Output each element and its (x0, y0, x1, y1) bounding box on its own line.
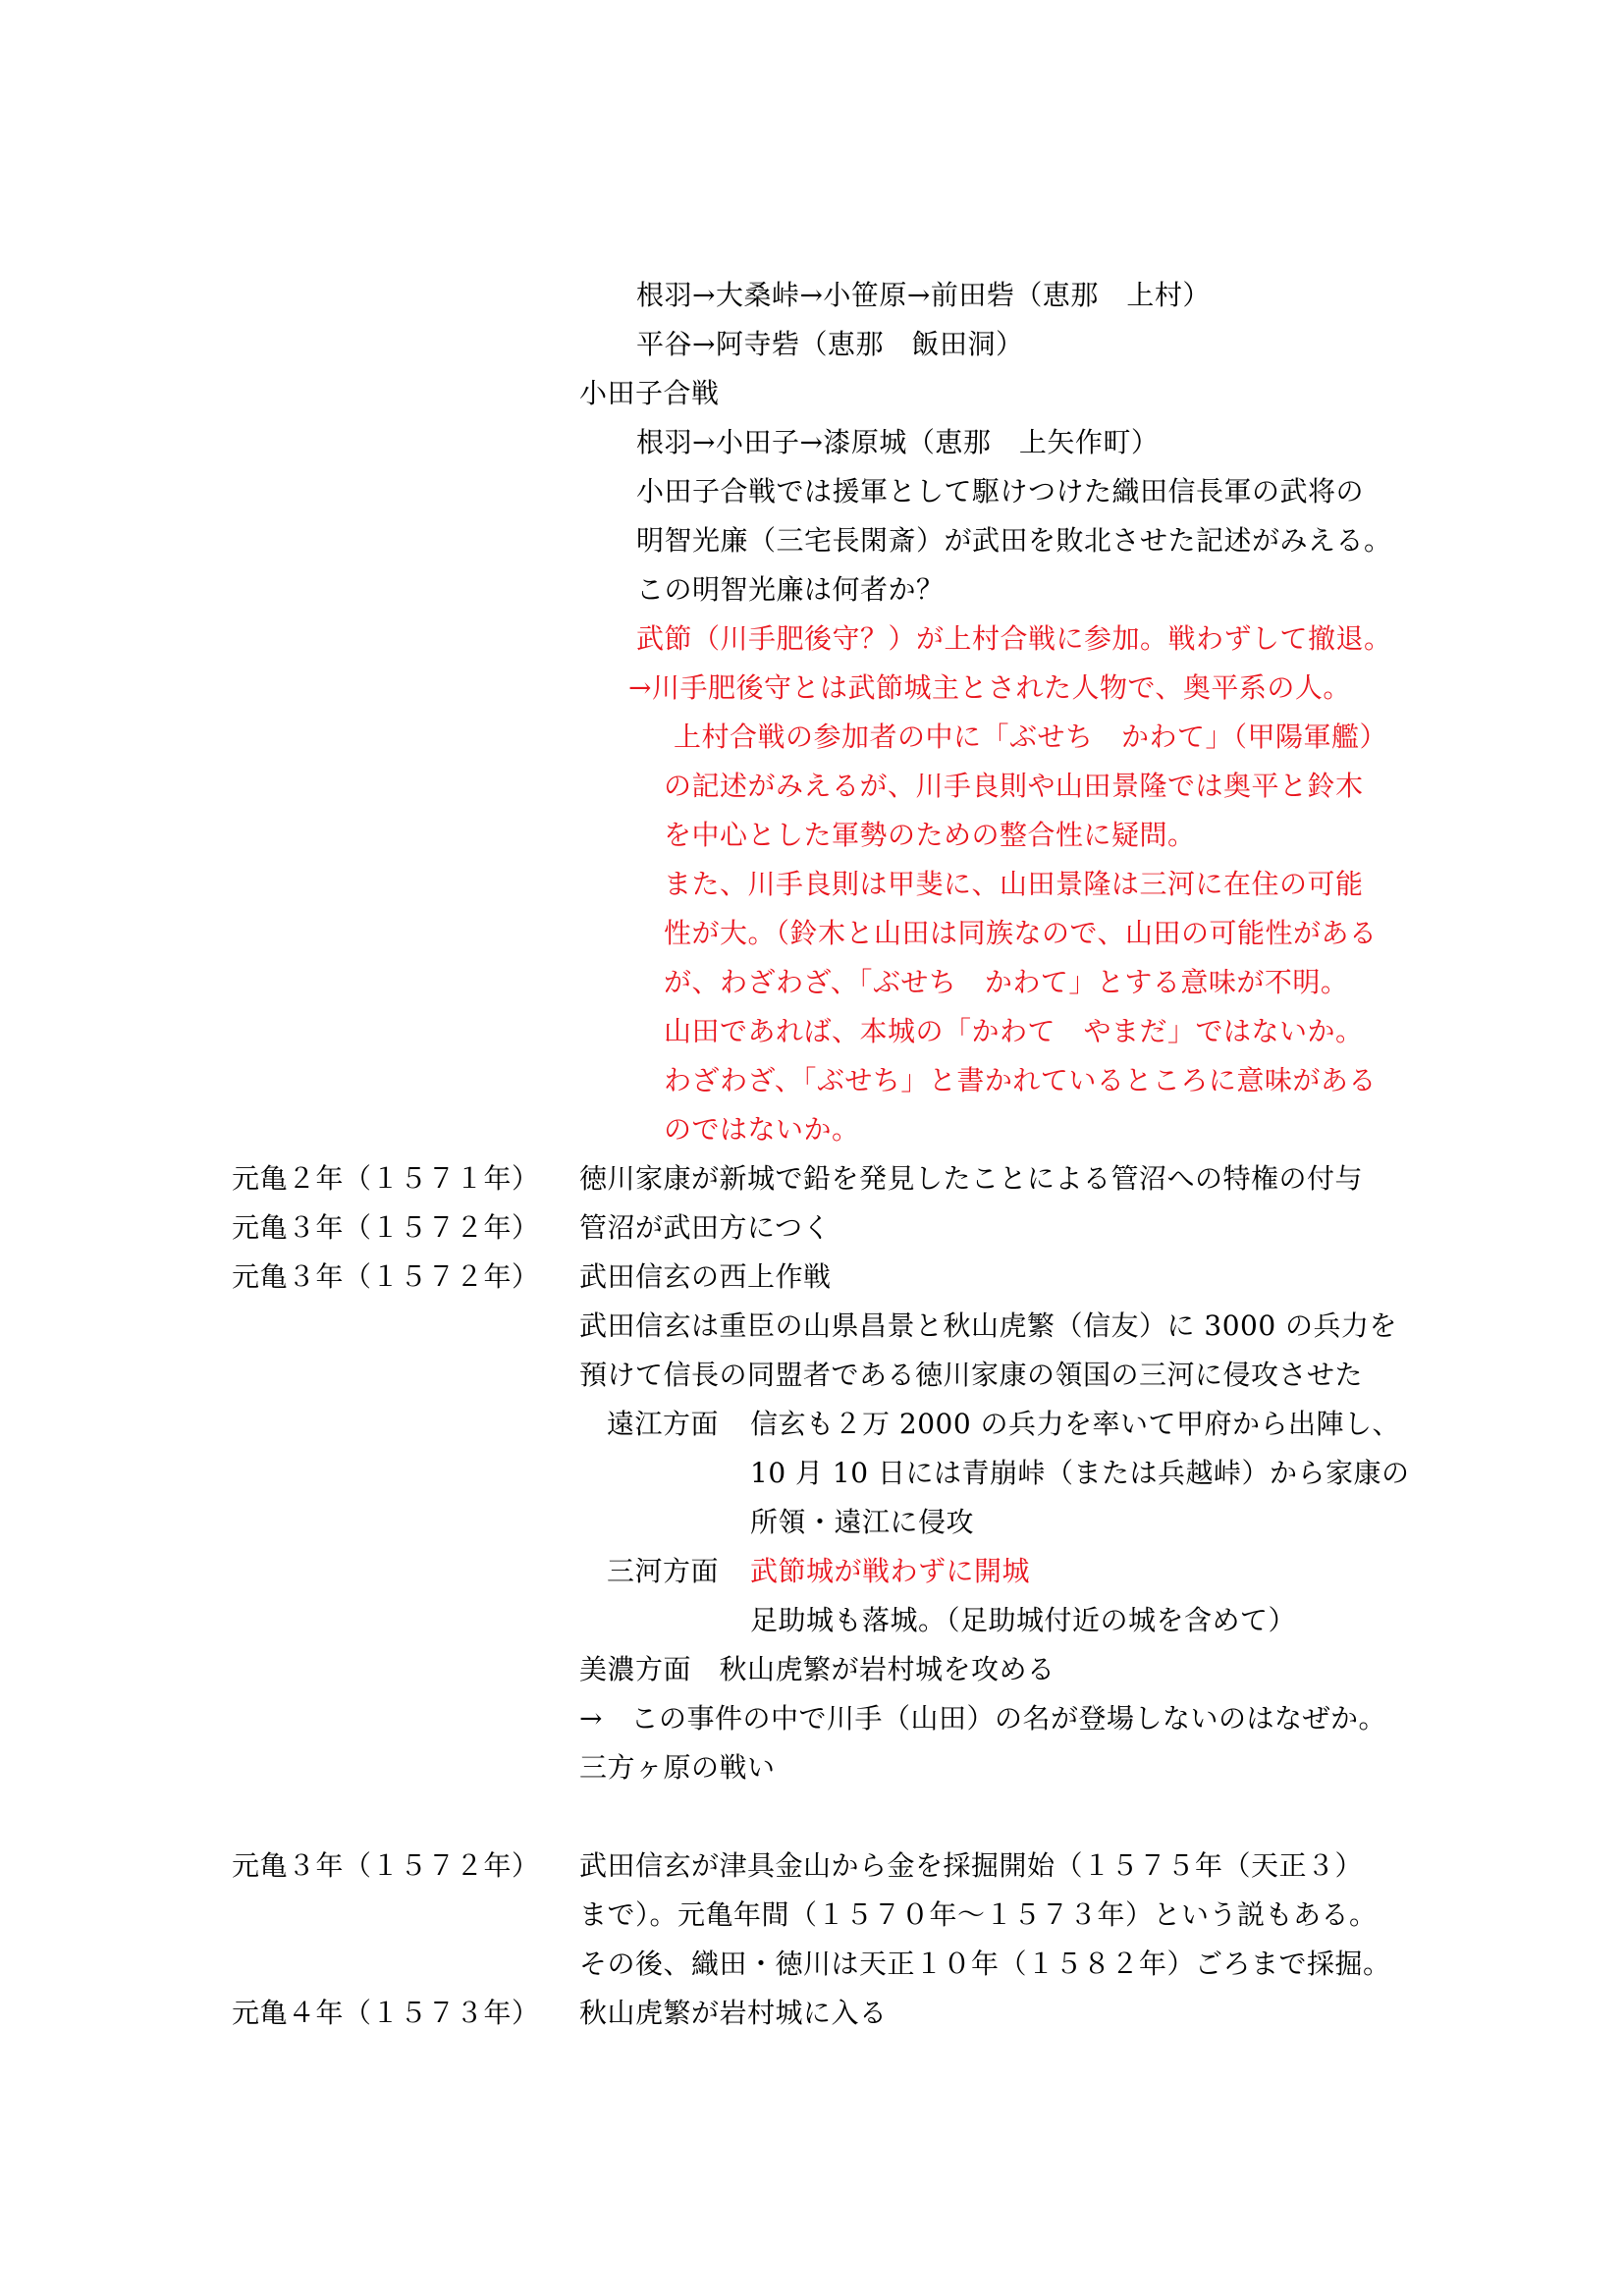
highlight-note: のではないか。 (664, 1113, 860, 1147)
entry-date: 元亀３年（１５７２年） (232, 1211, 540, 1245)
front-label: 三河方面 (607, 1555, 719, 1588)
campaign-text: 10 月 10 日には青崩峠（または兵越峠）から家康の (750, 1457, 1409, 1490)
campaign-text: 所領・遠江に侵攻 (750, 1506, 974, 1539)
highlight-note: 性が大。（鈴木と山田は同族なので、山田の可能性がある (664, 917, 1377, 950)
entry-date: 元亀２年（１５７１年） (232, 1162, 540, 1196)
entry-date: 元亀３年（１５７２年） (232, 1849, 540, 1883)
note-text: この明智光廉は何者か？ (636, 573, 945, 607)
entry-text: 徳川家康が新城で鉛を発見したことによる管沼への特権の付与 (579, 1162, 1363, 1196)
entry-date: 元亀３年（１５７２年） (232, 1260, 540, 1294)
campaign-text: 足助城も落城。（足助城付近の城を含めて） (750, 1604, 1296, 1637)
highlight-note: の記述がみえるが、川手良則や山田景隆では奥平と鈴木 (664, 770, 1364, 803)
section-heading: 小田子合戦 (579, 377, 720, 410)
entry-date: 元亀４年（１５７３年） (232, 1997, 540, 2030)
route-text: 根羽→大桑峠→小笹原→前田砦（恵那 上村） (636, 279, 1211, 312)
note-text: 小田子合戦では援軍として駆けつけた織田信長軍の武将の (636, 475, 1364, 508)
entry-text: 秋山虎繁が岩村城に入る (579, 1997, 888, 2030)
highlight-note: 武節（川手肥後守？）が上村合戦に参加。戦わずして撤退。 (636, 622, 1392, 656)
entry-text: その後、織田・徳川は天正１０年（１５８２年）ごろまで採掘。 (579, 1948, 1391, 1981)
highlight-note: を中心とした軍勢のための整合性に疑問。 (664, 819, 1196, 852)
highlight-note: →川手肥後守とは武節城主とされた人物で、奥平系の人。 (628, 671, 1351, 705)
entry-text: まで）。元亀年間（１５７０年～１５７３年）という説もある。 (579, 1898, 1378, 1932)
campaign-text: 武田信玄は重臣の山県昌景と秋山虎繁（信友）に 3000 の兵力を (579, 1309, 1397, 1343)
campaign-text: 三方ヶ原の戦い (579, 1751, 776, 1785)
question-text: → この事件の中で川手（山田）の名が登場しないのはなぜか。 (579, 1702, 1386, 1735)
campaign-text: 美濃方面 秋山虎繁が岩村城を攻める (579, 1653, 1056, 1686)
highlight-note: わざわざ、「ぶせち」と書かれているところに意味がある (664, 1064, 1377, 1097)
highlight-note: が、わざわざ、「ぶせち かわて」とする意味が不明。 (664, 966, 1348, 999)
route-text: 根羽→小田子→漆原城（恵那 上矢作町） (636, 426, 1159, 459)
entry-text: 武田信玄が津具金山から金を採掘開始（１５７５年（天正３） (579, 1849, 1363, 1883)
front-label: 遠江方面 (607, 1408, 719, 1441)
entry-text: 管沼が武田方につく (579, 1211, 831, 1245)
entry-text: 武田信玄の西上作戦 (579, 1260, 832, 1294)
note-text: 明智光廉（三宅長閑斎）が武田を敗北させた記述がみえる。 (636, 524, 1392, 558)
route-text: 平谷→阿寺砦（恵那 飯田洞） (636, 328, 1023, 361)
highlight-note: また、川手良則は甲斐に、山田景隆は三河に在住の可能 (664, 868, 1364, 901)
highlight-note: 上村合戦の参加者の中に「ぶせち かわて」（甲陽軍艦） (674, 721, 1387, 754)
highlight-note: 武節城が戦わずに開城 (750, 1555, 1030, 1588)
highlight-note: 山田であれば、本城の「かわて やまだ」ではないか。 (664, 1015, 1364, 1048)
campaign-text: 預けて信長の同盟者である徳川家康の領国の三河に侵攻させた (579, 1359, 1363, 1392)
campaign-text: 信玄も２万 2000 の兵力を率いて甲府から出陣し、 (750, 1408, 1400, 1441)
